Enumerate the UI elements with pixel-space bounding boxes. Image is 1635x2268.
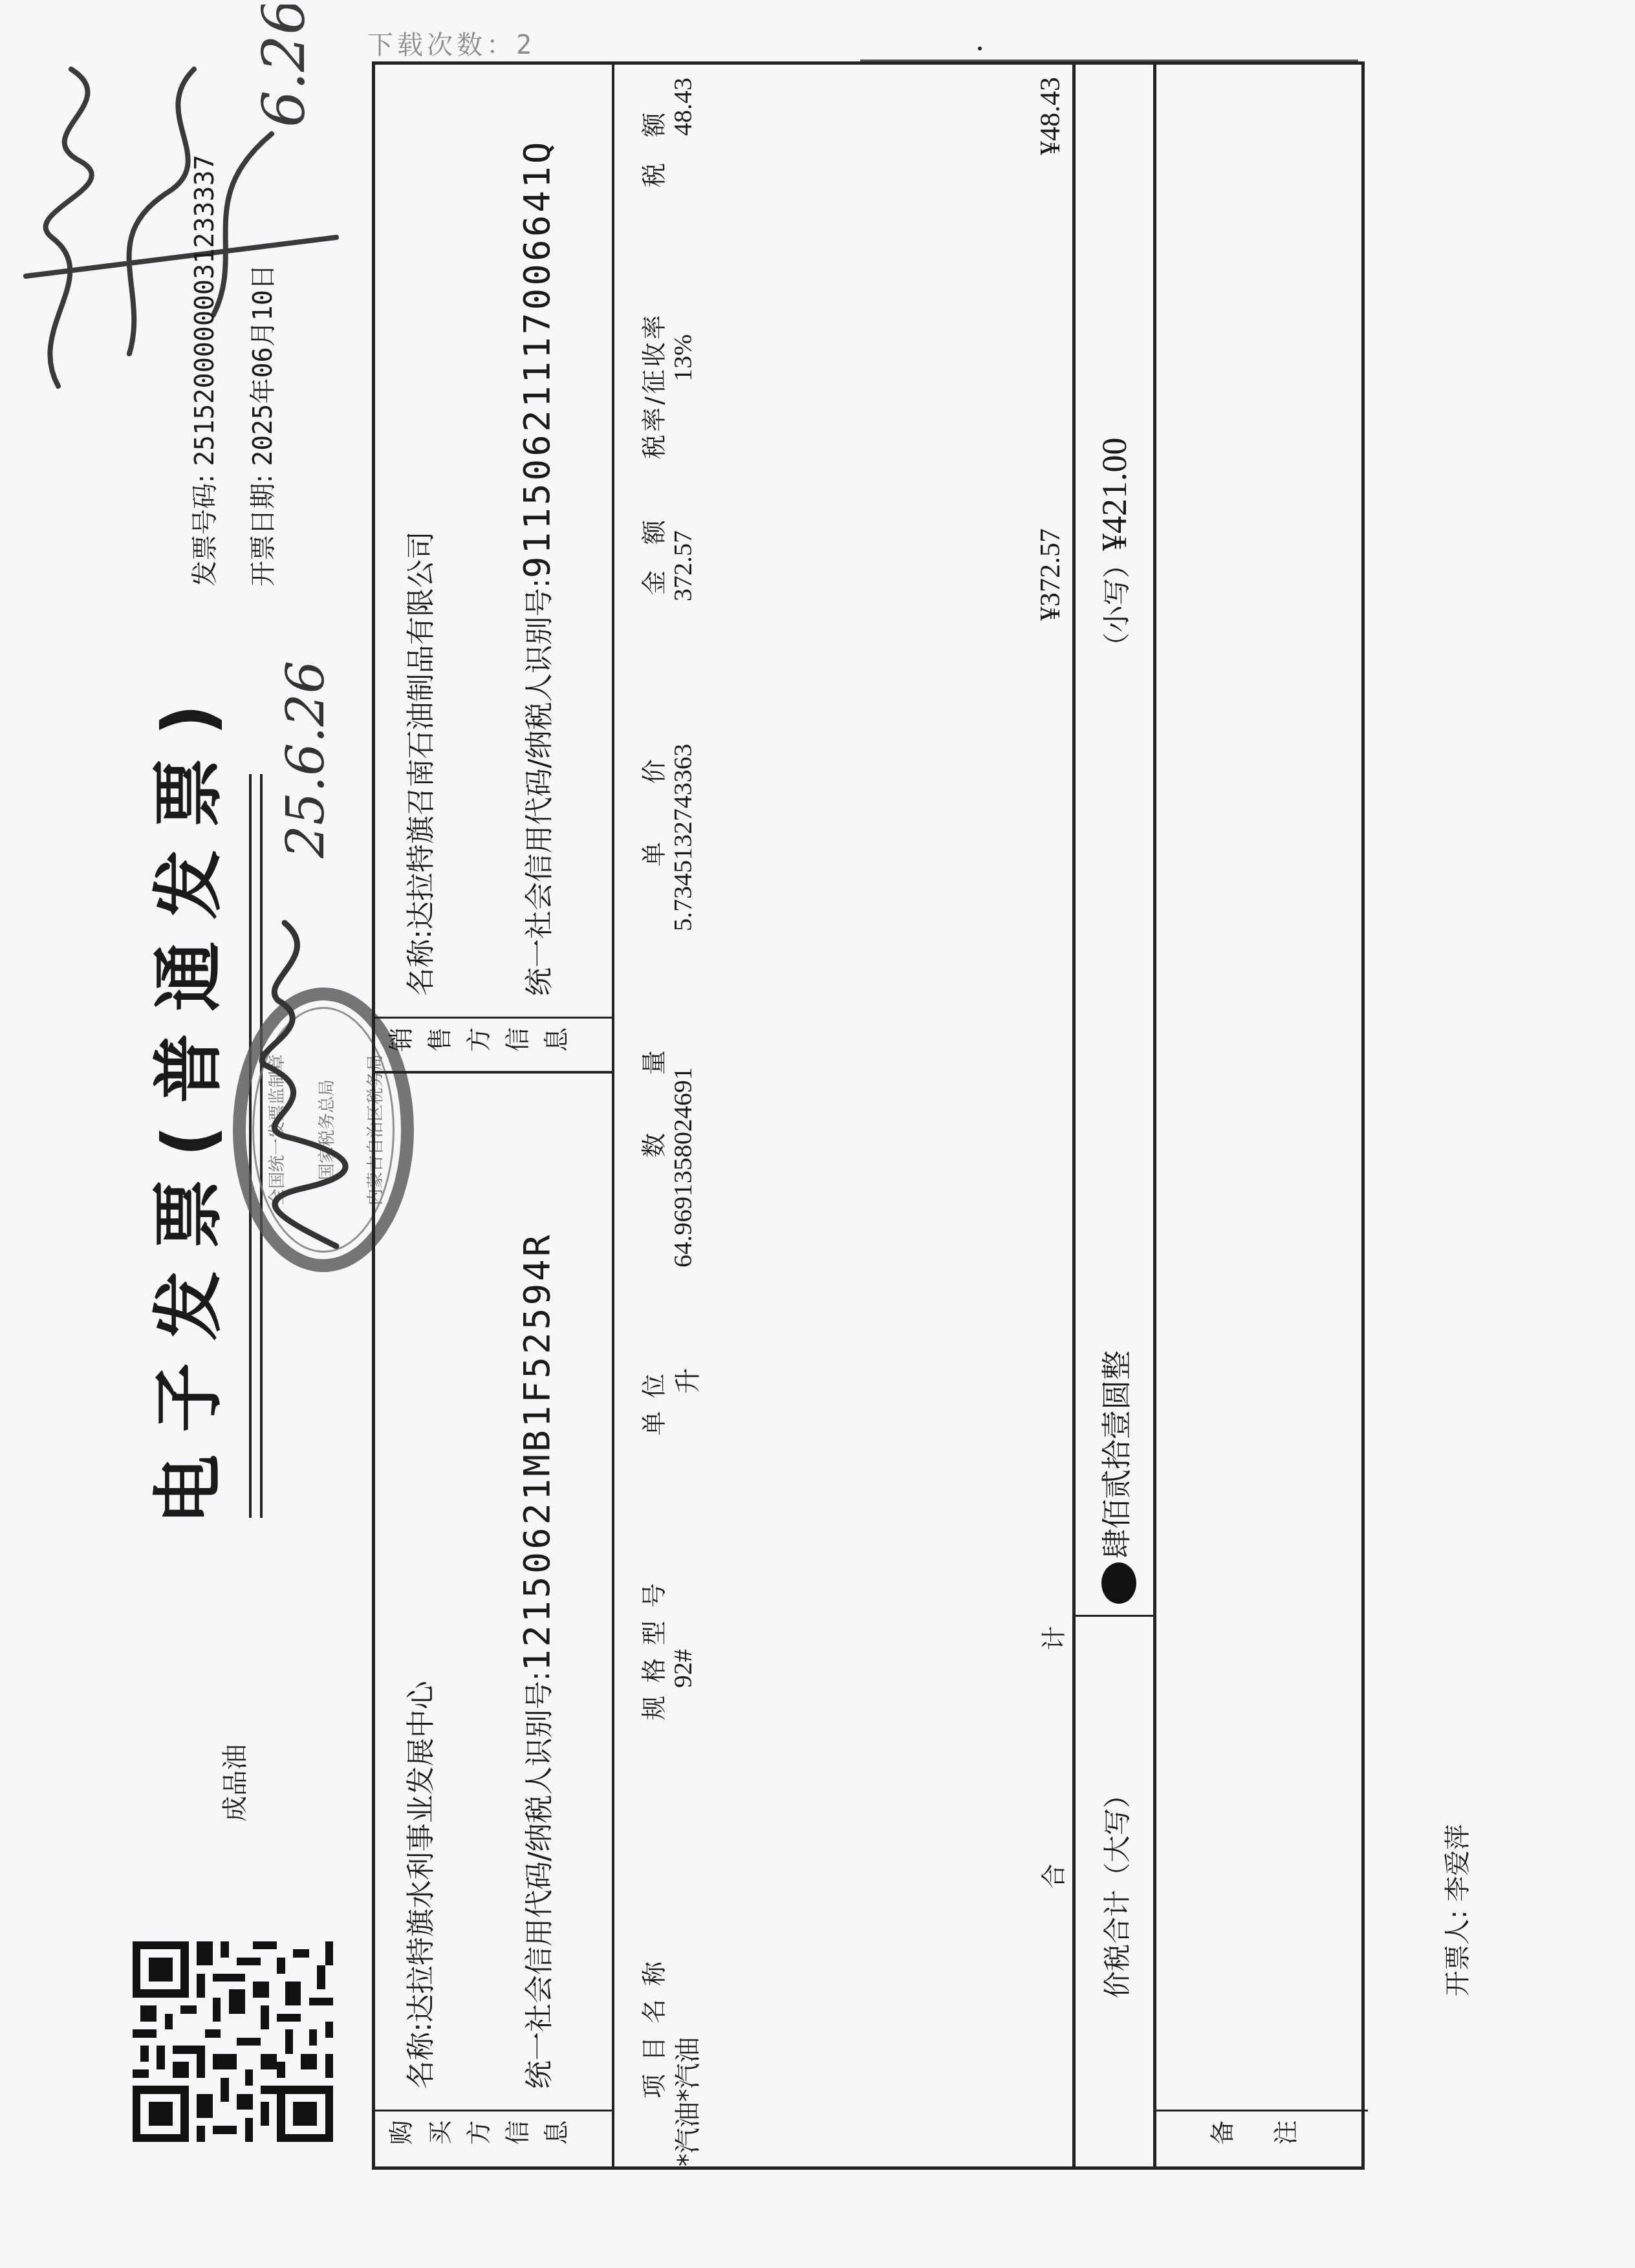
grand-total-small: （小写）¥421.00 <box>1094 437 1134 660</box>
buyer-seller-divider <box>375 1071 612 1074</box>
buyer-name: 达拉特旗水利事业发展中心 <box>405 1681 438 2022</box>
col-header-unit-price: 单价 <box>634 701 669 867</box>
buyer-name-label: 名称: <box>405 2022 438 2089</box>
issuer: 开票人: 李爱萍 <box>1437 1824 1474 1996</box>
invoice-meta: 发票号码: 25152000000031233337 开票日期: 2025年06… <box>176 155 292 587</box>
totals-amount: ¥372.57 <box>1034 528 1067 621</box>
grand-total-words-text: 肆佰贰拾壹圆整 <box>1099 1350 1134 1559</box>
invoice-sheet: 成品油 电子发票(普通发票) 全国统一发票监制章 国家税务总局 内蒙古自治区税务… <box>0 0 1635 2268</box>
invoice-title: 电子发票(普通发票) <box>133 682 233 1524</box>
col-header-unit: 单位 <box>634 1361 669 1436</box>
svg-text:6.26: 6.26 <box>250 5 318 127</box>
ink-blot-icon <box>1101 1562 1136 1604</box>
buyer-label-divider <box>375 2110 612 2111</box>
col-header-quantity: 数量 <box>634 992 669 1158</box>
seller-name: 达拉特旗召南石油制品有限公司 <box>405 531 438 929</box>
seal-line-1: 全国统一发票监制章 <box>264 1000 288 1259</box>
buyer-taxid-label: 统一社会信用代码/纳税人识别号: <box>523 1671 556 2089</box>
issuer-name: 李爱萍 <box>1443 1824 1473 1902</box>
issuer-label: 开票人: <box>1443 1910 1473 1996</box>
grand-total-words: 肆佰贰拾壹圆整 <box>1093 1350 1136 1604</box>
seller-name-label: 名称: <box>405 929 438 996</box>
seller-taxid: 91150621117006641Q <box>516 139 558 578</box>
buyer-taxid-row: 统一社会信用代码/纳税人识别号:12150621MB1F52594R <box>516 1232 558 2089</box>
qr-code-icon <box>133 1941 333 2142</box>
item-amount: 372.57 <box>667 530 698 601</box>
item-tax: 48.43 <box>667 78 698 136</box>
invoice-date-label: 开票日期: <box>248 475 278 587</box>
buyer-taxid: 12150621MB1F52594R <box>516 1232 558 1671</box>
grand-total-small-label: （小写） <box>1101 551 1132 660</box>
invoice-number-label: 发票号码: <box>190 475 220 587</box>
col-header-tax: 税额 <box>634 87 669 188</box>
col-header-amount: 金额 <box>634 494 669 595</box>
grand-total-small-value: ¥421.00 <box>1095 437 1134 551</box>
seller-taxid-row: 统一社会信用代码/纳税人识别号:91150621117006641Q <box>516 139 558 996</box>
seller-label-divider <box>375 1017 612 1019</box>
col-header-spec: 规格型号 <box>634 1570 669 1720</box>
col-header-item-name: 项目名称 <box>634 1949 669 2099</box>
invoice-number-row: 发票号码: 25152000000031233337 <box>176 155 234 587</box>
item-tax-rate: 13% <box>667 334 698 382</box>
invoice-date: 2025年06月10日 <box>248 264 278 466</box>
grand-total-divider <box>1153 65 1156 2166</box>
item-spec: 92# <box>667 1649 698 1688</box>
grand-total-label: 价税合计（大写） <box>1096 1781 1135 1998</box>
seal-line-2: 国家税务总局 <box>314 1000 338 1259</box>
svg-text:25.6.26: 25.6.26 <box>276 661 336 859</box>
col-header-tax-rate: 税率/征收率 <box>634 312 669 459</box>
totals-label: 合计 <box>1034 1412 1069 1888</box>
seller-name-row: 名称:达拉特旗召南石油制品有限公司 <box>398 531 439 996</box>
grand-total-label-divider <box>1074 1615 1154 1617</box>
seller-taxid-label: 统一社会信用代码/纳税人识别号: <box>523 578 556 996</box>
buyer-name-row: 名称:达拉特旗水利事业发展中心 <box>398 1681 439 2089</box>
item-unit-price: 5.7345132743363 <box>667 744 698 931</box>
buyer-side-label: 购买方信息 <box>388 2117 601 2152</box>
seller-side-label: 销售方信息 <box>388 1024 601 1059</box>
remarks-label-divider <box>1154 2110 1368 2111</box>
totals-divider <box>1072 65 1076 2166</box>
invoice-date-row: 开票日期: 2025年06月10日 <box>234 155 292 587</box>
invoice-table: 购买方信息 销售方信息 名称:达拉特旗水利事业发展中心 统一社会信用代码/纳税人… <box>372 61 1365 2170</box>
party-divider <box>612 65 614 2166</box>
invoice-number: 25152000000031233337 <box>190 155 220 466</box>
invoice-category: 成品油 <box>215 1744 252 1822</box>
remarks-label: 备注 <box>1209 2117 1339 2152</box>
item-quantity: 64.9691358024691 <box>667 1067 698 1268</box>
item-unit: 升 <box>667 1368 704 1394</box>
item-name: *汽油*汽油 <box>667 2037 704 2166</box>
totals-tax: ¥48.43 <box>1034 77 1067 155</box>
